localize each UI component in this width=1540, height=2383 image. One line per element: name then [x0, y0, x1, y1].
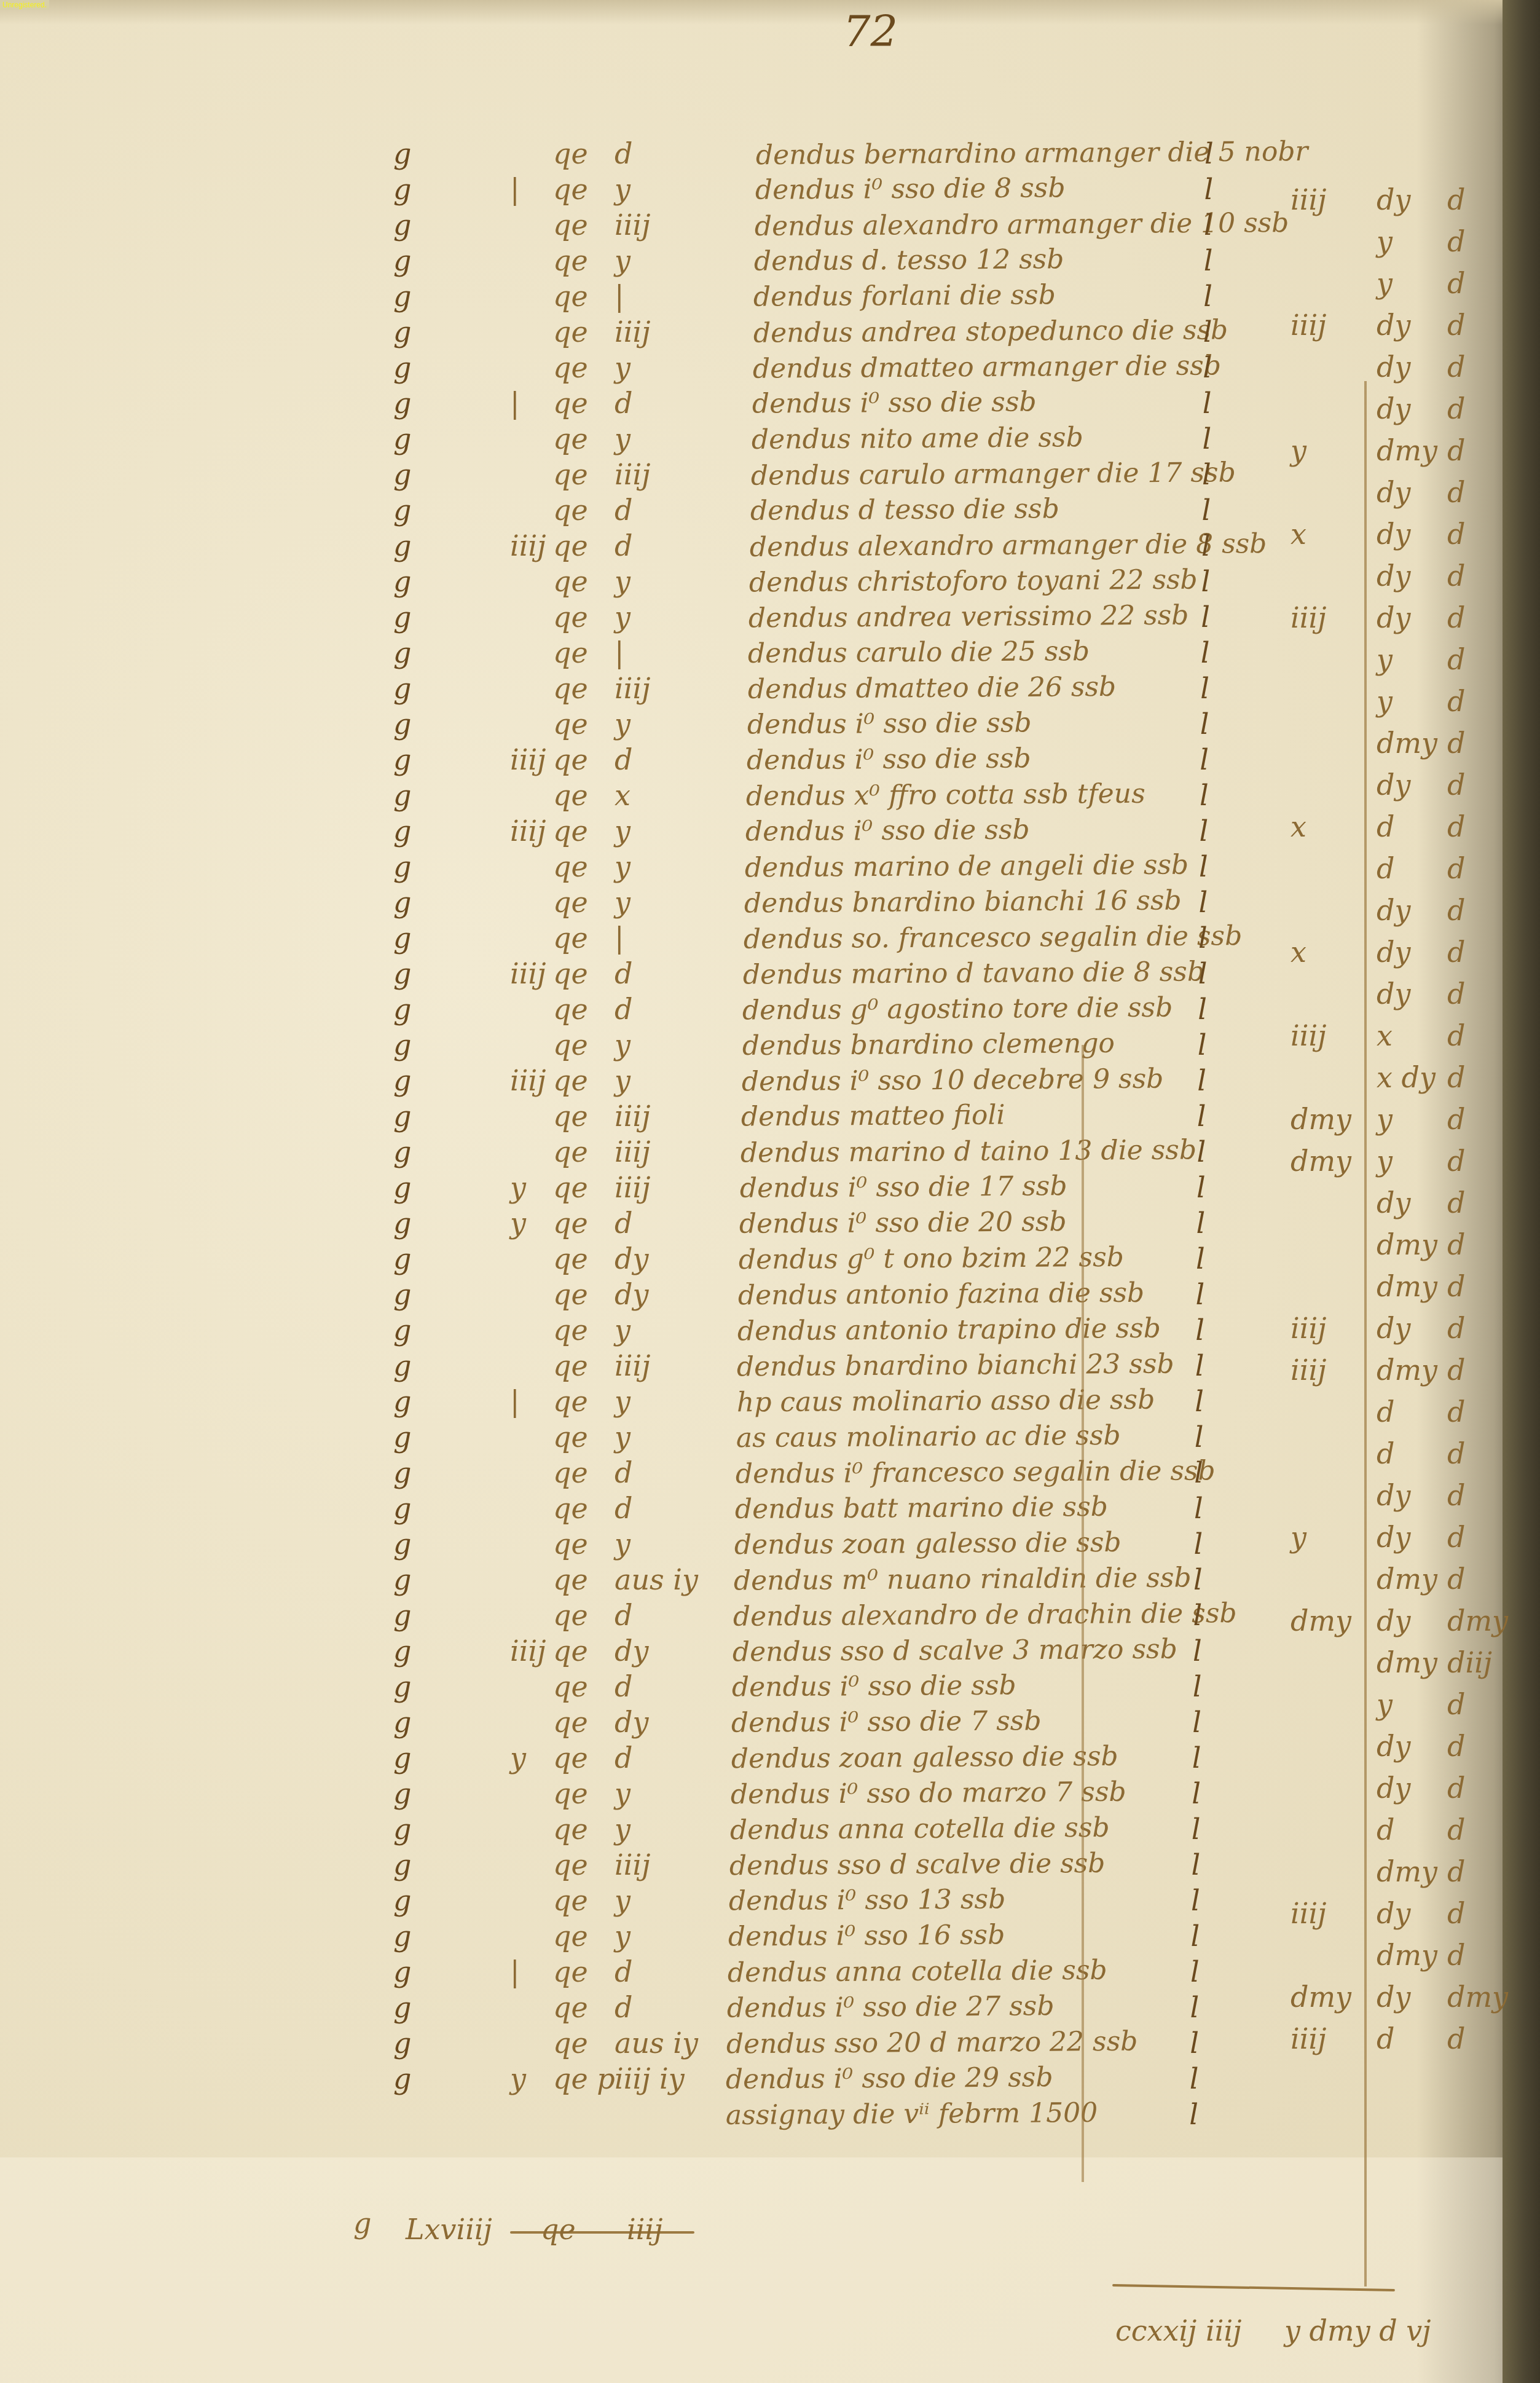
- right-col-y: d: [1377, 853, 1394, 884]
- right-col-z: d: [1447, 644, 1465, 675]
- left-mark: g: [393, 744, 411, 775]
- col-c-value: y: [615, 816, 631, 846]
- right-col-y: y: [1377, 1689, 1393, 1720]
- left-mark: g: [393, 388, 411, 419]
- entry-text: as caus molinario ac die ssb: [736, 1420, 1120, 1454]
- col-c-value: y: [615, 1778, 631, 1809]
- col-a-value: iiij: [510, 1636, 546, 1666]
- right-col-z: d: [1447, 1188, 1465, 1218]
- right-mark: l: [1204, 245, 1213, 276]
- entry-text: dendus i⁰ sso 16 ssb: [728, 1920, 1005, 1952]
- col-c-value: y: [615, 352, 631, 383]
- col-b-value: qe: [553, 1350, 588, 1381]
- right-col-z: d: [1447, 1062, 1465, 1093]
- right-mark: l: [1192, 1707, 1201, 1738]
- col-c-value: iiij: [615, 1136, 650, 1167]
- col-b-value: qe: [553, 887, 588, 918]
- right-mark: l: [1198, 994, 1207, 1025]
- left-total-mark: g: [353, 2207, 371, 2240]
- entry-text: dendus sso d scalve die ssb: [729, 1848, 1106, 1881]
- entry-text: dendus nito ame die ssb: [752, 422, 1083, 455]
- right-col-x: dmy: [1291, 1104, 1351, 1135]
- right-mark: l: [1200, 673, 1209, 704]
- entry-text: dendus d. tesso 12 ssb: [754, 244, 1064, 277]
- col-c-value: d: [615, 994, 632, 1025]
- entry-text: dendus i⁰ sso 10 decebre 9 ssb: [741, 1064, 1163, 1098]
- entry-text: dendus i⁰ sso die ssb: [747, 707, 1031, 740]
- right-mark: l: [1190, 2028, 1199, 2058]
- entry-text: dendus sso d scalve 3 marzo ssb: [733, 1634, 1177, 1668]
- right-mark: l: [1195, 1422, 1204, 1452]
- col-c-value: y: [615, 245, 631, 276]
- col-b-value: qe: [553, 1172, 588, 1203]
- right-mark: l: [1199, 851, 1208, 882]
- entry-text: hp caus molinario asso die ssb: [736, 1385, 1155, 1419]
- right-col-z: d: [1447, 1229, 1465, 1260]
- right-col-z: d: [1447, 728, 1465, 758]
- left-mark: g: [393, 566, 411, 597]
- right-mark: l: [1200, 709, 1209, 739]
- right-col-z: d: [1447, 1898, 1465, 1929]
- right-col-y: dmy: [1377, 728, 1437, 758]
- left-mark: g: [393, 210, 411, 240]
- col-c-value: x: [615, 780, 631, 811]
- right-col-y: d: [1377, 1396, 1394, 1427]
- entry-text: dendus bnardino bianchi 16 ssb: [744, 886, 1182, 920]
- right-col-z: d: [1447, 853, 1465, 884]
- col-b-value: qe: [553, 780, 588, 811]
- left-mark: g: [393, 1743, 411, 1773]
- col-b-value: qe: [553, 245, 588, 276]
- col-c-value: dy: [615, 1707, 648, 1738]
- right-col-x: dmy: [1291, 1982, 1351, 2012]
- left-mark: g: [393, 1422, 411, 1452]
- right-mark: l: [1199, 816, 1208, 846]
- right-col-y: dy: [1377, 519, 1410, 549]
- right-col-z: d: [1447, 1020, 1465, 1051]
- col-b-value: qe: [553, 1849, 588, 1880]
- left-mark: g: [393, 1885, 411, 1916]
- left-mark: g: [393, 1992, 411, 2023]
- left-mark: g: [393, 317, 411, 347]
- col-c-value: y: [615, 851, 631, 882]
- col-b-value: qe: [553, 1065, 588, 1096]
- right-mark: l: [1193, 1564, 1203, 1595]
- right-col-z: d: [1447, 1856, 1465, 1887]
- col-b-value: qe: [553, 1992, 588, 2023]
- right-mark: l: [1193, 1600, 1203, 1631]
- col-b-value: qe: [553, 210, 588, 240]
- right-col-z: d: [1447, 602, 1465, 633]
- col-b-value: qe: [553, 495, 588, 526]
- book-spine: [1503, 0, 1540, 2383]
- right-col-z: d: [1447, 1731, 1465, 1762]
- right-mark: l: [1200, 780, 1209, 811]
- right-col-y: d: [1377, 2023, 1394, 2054]
- col-b-value: qe: [553, 1529, 588, 1559]
- entry-text: dendus i⁰ sso die 27 ssb: [727, 1991, 1055, 2024]
- col-b-value: qe: [553, 423, 588, 454]
- right-col-x: x: [1291, 937, 1306, 967]
- right-col-y: y: [1377, 1146, 1393, 1176]
- left-mark: g: [393, 780, 411, 811]
- right-col-y: dmy: [1377, 1355, 1437, 1385]
- col-a-value: y: [510, 2063, 526, 2094]
- right-col-x: dmy: [1291, 1146, 1351, 1176]
- col-c-value: |: [615, 281, 624, 312]
- col-c-value: iiij: [615, 317, 650, 347]
- col-c-value: d: [615, 1671, 632, 1702]
- col-b-value: qe: [553, 1030, 588, 1060]
- entry-text: dendus g⁰ agostino tore die ssb: [742, 993, 1173, 1026]
- col-c-value: y: [615, 174, 631, 205]
- right-mark: l: [1202, 459, 1211, 490]
- right-mark: l: [1202, 423, 1211, 454]
- col-a-value: y: [510, 1743, 526, 1773]
- entry-text: dendus i⁰ sso die 17 ssb: [740, 1171, 1067, 1204]
- right-mark: l: [1198, 1030, 1207, 1060]
- entry-text: dendus so. francesco segalin die ssb: [744, 921, 1243, 955]
- right-col-z: d: [1447, 435, 1465, 466]
- col-b-value: qe: [553, 1671, 588, 1702]
- right-mark: l: [1191, 1849, 1200, 1880]
- col-c-value: y: [615, 1921, 631, 1952]
- right-mark: l: [1204, 174, 1214, 205]
- col-c-value: dy: [615, 1279, 648, 1310]
- left-mark: g: [393, 1243, 411, 1274]
- right-col-y: dy: [1377, 1773, 1410, 1803]
- col-c-value: iiij iy: [615, 2063, 685, 2094]
- entry-text: dendus bnardino clemengo: [742, 1028, 1114, 1062]
- column-divider-middle: [1364, 381, 1367, 2286]
- col-b-value: qe: [553, 1422, 588, 1452]
- right-col-x: x: [1291, 519, 1306, 549]
- right-col-z: d: [1447, 268, 1465, 299]
- col-a-value: |: [510, 174, 520, 205]
- right-col-y: x dy: [1377, 1062, 1436, 1093]
- col-c-value: d: [615, 530, 632, 561]
- left-total: Lxviiij: [406, 2213, 492, 2246]
- right-col-y: dy: [1377, 770, 1410, 800]
- right-mark: l: [1190, 2063, 1199, 2094]
- right-col-y: dy: [1377, 1480, 1410, 1511]
- col-b-value: qe: [553, 851, 588, 882]
- right-col-x: y: [1291, 435, 1306, 466]
- col-c-value: d: [615, 958, 632, 989]
- right-col-z: d: [1447, 1689, 1465, 1720]
- left-mark: g: [393, 602, 411, 632]
- left-mark: g: [393, 495, 411, 526]
- col-b-value: qe: [553, 388, 588, 419]
- right-mark: l: [1203, 281, 1212, 312]
- left-mark: g: [393, 1529, 411, 1559]
- col-b-value: qe: [553, 1885, 588, 1916]
- col-b-value: qe: [553, 1493, 588, 1524]
- right-mark: l: [1196, 1172, 1206, 1203]
- right-col-z: d: [1447, 1522, 1465, 1553]
- right-mark: l: [1190, 1992, 1200, 2023]
- right-col-y: dmy: [1377, 435, 1437, 466]
- right-col-z: d: [1447, 519, 1465, 549]
- right-mark: l: [1203, 388, 1212, 419]
- right-col-y: y: [1377, 644, 1393, 675]
- left-mark: g: [393, 138, 411, 169]
- entry-text: dendus andrea stopedunco die ssb: [753, 315, 1227, 349]
- left-mark: g: [393, 1350, 411, 1381]
- col-c-value: y: [615, 1422, 631, 1452]
- right-col-y: y: [1377, 268, 1393, 299]
- entry-text: dendus i⁰ sso die ssb: [752, 387, 1037, 419]
- right-col-z: d: [1447, 1564, 1465, 1594]
- left-mark: g: [393, 2028, 411, 2058]
- right-mark: l: [1190, 1956, 1200, 1987]
- entry-text: dendus d tesso die ssb: [750, 494, 1059, 527]
- col-c-total: iiij: [627, 2213, 662, 2246]
- right-col-y: dy: [1377, 561, 1410, 591]
- col-c-value: iiij: [615, 1101, 650, 1132]
- col-c-value: aus iy: [615, 2028, 698, 2058]
- right-col-z: d: [1447, 1313, 1465, 1344]
- right-col-x: y: [1291, 1522, 1306, 1553]
- col-b-value: qe: [553, 317, 588, 347]
- entry-text: dendus i⁰ sso die 7 ssb: [731, 1706, 1042, 1739]
- entry-text: dendus carulo armanger die 17 ssb: [751, 457, 1236, 492]
- entry-text: dendus i⁰ sso die 20 ssb: [739, 1207, 1067, 1240]
- right-col-y: dy: [1377, 1188, 1410, 1218]
- right-col-z: d: [1447, 979, 1465, 1009]
- right-col-y: dy: [1377, 1731, 1410, 1762]
- col-a-value: iiij: [510, 744, 546, 775]
- col-c-value: iiij: [615, 1849, 650, 1880]
- right-mark: l: [1201, 530, 1211, 561]
- col-b-value: qe: [553, 1956, 588, 1987]
- right-col-y: dmy: [1377, 1564, 1437, 1594]
- col-c-value: y: [615, 1315, 631, 1345]
- right-col-x: iiij: [1291, 1898, 1326, 1929]
- right-col-y: x: [1377, 1020, 1393, 1051]
- right-col-x: iiij: [1291, 1355, 1326, 1385]
- right-mark: l: [1204, 210, 1213, 240]
- right-col-z: d: [1447, 352, 1465, 382]
- right-mark: l: [1196, 1279, 1205, 1310]
- right-mark: l: [1193, 1636, 1202, 1666]
- left-mark: g: [393, 1279, 411, 1310]
- right-mark: l: [1204, 138, 1214, 169]
- right-col-y: dy: [1377, 979, 1410, 1009]
- right-col-z: d: [1447, 226, 1465, 257]
- col-c-value: dy: [615, 1636, 648, 1666]
- right-total-suffix: y dmy d vj: [1284, 2314, 1431, 2347]
- col-b-value: qe: [553, 923, 588, 953]
- right-mark: l: [1195, 1386, 1204, 1417]
- right-mark: l: [1189, 2099, 1198, 2130]
- col-c-value: y: [615, 423, 631, 454]
- col-c-value: y: [615, 602, 631, 632]
- left-mark: g: [393, 245, 411, 276]
- col-c-value: d: [615, 1600, 632, 1631]
- right-col-z: d: [1447, 1438, 1465, 1469]
- left-mark: g: [393, 673, 411, 704]
- col-c-value: iiij: [615, 673, 650, 704]
- right-col-z: d: [1447, 477, 1465, 508]
- right-mark: l: [1203, 352, 1212, 383]
- col-c-value: y: [615, 566, 631, 597]
- col-b-value: qe: [553, 459, 588, 490]
- entry-text: dendus i⁰ sso die ssb: [745, 814, 1030, 847]
- col-a-value: iiij: [510, 530, 546, 561]
- left-mark: g: [393, 1849, 411, 1880]
- col-c-value: aus iy: [615, 1564, 698, 1595]
- col-b-value: qe: [553, 1386, 588, 1417]
- right-col-y: y: [1377, 1104, 1393, 1135]
- col-b-value: qe: [553, 637, 588, 668]
- col-b-value: qe: [553, 2028, 588, 2058]
- left-mark: g: [393, 459, 411, 490]
- entry-text: dendus carulo die 25 ssb: [748, 636, 1090, 669]
- right-mark: l: [1200, 744, 1209, 775]
- right-mark: l: [1191, 1921, 1200, 1952]
- right-col-z: d: [1447, 1355, 1465, 1385]
- col-b-value: qe: [553, 1243, 588, 1274]
- right-col-z: d: [1447, 1396, 1465, 1427]
- entry-text: dendus alexandro de drachin die ssb: [733, 1598, 1237, 1633]
- right-col-y: y: [1377, 226, 1393, 257]
- right-mark: l: [1191, 1885, 1200, 1916]
- col-c-value: d: [615, 1208, 632, 1239]
- left-mark: g: [393, 1315, 411, 1345]
- folio-number: 72: [843, 6, 880, 61]
- right-mark: l: [1197, 1101, 1206, 1132]
- left-mark: g: [393, 851, 411, 882]
- right-mark: l: [1194, 1457, 1203, 1488]
- right-total: ccxxij iiij: [1115, 2314, 1241, 2347]
- right-col-z: d: [1447, 1104, 1465, 1135]
- entry-text: dendus andrea verissimo 22 ssb: [748, 601, 1189, 634]
- left-mark: g: [393, 1457, 411, 1488]
- entry-text: dendus i⁰ sso die ssb: [732, 1670, 1016, 1703]
- entry-text: dendus g⁰ t ono bzim 22 ssb: [739, 1242, 1124, 1275]
- right-col-y: dmy: [1377, 1940, 1437, 1971]
- right-col-y: dy: [1377, 602, 1410, 633]
- right-col-z: d: [1447, 1773, 1465, 1803]
- right-mark: l: [1194, 1493, 1203, 1524]
- left-mark: g: [393, 1636, 411, 1666]
- left-mark: g: [393, 1172, 411, 1203]
- col-c-value: d: [615, 1743, 632, 1773]
- entry-text: dendus x⁰ ffro cotta ssb tfeus: [746, 779, 1145, 813]
- right-col-y: dy: [1377, 937, 1410, 967]
- col-b-value: qe: [553, 1457, 588, 1488]
- right-col-x: x: [1291, 811, 1306, 842]
- right-col-y: dy: [1377, 184, 1410, 215]
- col-c-value: iiij: [615, 1350, 650, 1381]
- left-mark: g: [393, 1564, 411, 1595]
- right-col-x: iiij: [1291, 184, 1326, 215]
- right-col-x: dmy: [1291, 1605, 1351, 1636]
- right-col-z: d: [1447, 1480, 1465, 1511]
- col-a-value: |: [510, 388, 520, 419]
- col-b-value: qe: [553, 1136, 588, 1167]
- manuscript-page: Unregistered. 72 gqeddendus bernardino a…: [0, 0, 1540, 2383]
- left-mark: g: [393, 887, 411, 918]
- right-col-z: diij: [1447, 1647, 1492, 1678]
- left-mark: g: [393, 2063, 411, 2094]
- right-mark: l: [1193, 1671, 1202, 1702]
- col-c-value: d: [615, 1956, 632, 1987]
- entry-text: dendus marino d taino 13 die ssb: [741, 1135, 1196, 1168]
- entry-text: dendus sso 20 d marzo 22 ssb: [726, 2027, 1138, 2060]
- right-col-y: d: [1377, 811, 1394, 842]
- left-mark: g: [393, 1671, 411, 1702]
- left-mark: g: [393, 923, 411, 953]
- right-mark: l: [1201, 566, 1211, 597]
- col-a-value: y: [510, 1172, 526, 1203]
- entry-text: dendus matteo fioli: [741, 1100, 1005, 1133]
- col-c-value: y: [615, 1065, 631, 1096]
- col-c-value: |: [615, 637, 624, 668]
- entry-text: dendus alexandro armanger die 8 ssb: [750, 529, 1267, 563]
- left-mark: g: [393, 1778, 411, 1809]
- right-col-z: dmy: [1447, 1982, 1508, 2012]
- col-c-value: y: [615, 1529, 631, 1559]
- right-col-y: dy: [1377, 1605, 1410, 1636]
- right-col-y: dy: [1377, 1982, 1410, 2012]
- right-col-y: dy: [1377, 393, 1410, 424]
- left-mark: g: [393, 1136, 411, 1167]
- col-c-value: iiij: [615, 459, 650, 490]
- col-b-value: qe: [553, 1600, 588, 1631]
- col-b-value: qe: [553, 816, 588, 846]
- col-b-value: qe: [553, 174, 588, 205]
- right-col-z: d: [1447, 561, 1465, 591]
- col-c-value: d: [615, 1493, 632, 1524]
- scan-lower-band: [0, 2157, 1540, 2383]
- col-a-value: |: [510, 1386, 520, 1417]
- total-rule-left: [510, 2231, 694, 2234]
- col-b-total: qe: [541, 2213, 576, 2246]
- left-mark: g: [393, 530, 411, 561]
- col-b-value: qe: [553, 994, 588, 1025]
- col-b-value: qe: [553, 602, 588, 632]
- col-b-value: qe: [553, 566, 588, 597]
- col-b-value: qe: [553, 138, 588, 169]
- right-mark: l: [1192, 1778, 1201, 1809]
- right-col-y: dy: [1377, 1898, 1410, 1929]
- right-col-z: d: [1447, 310, 1465, 341]
- col-a-value: iiij: [510, 816, 546, 846]
- right-mark: l: [1196, 1208, 1206, 1239]
- col-c-value: iiij: [615, 1172, 650, 1203]
- left-mark: g: [393, 1030, 411, 1060]
- right-mark: l: [1196, 1243, 1205, 1274]
- entry-text: dendus anna cotella die ssb: [730, 1813, 1110, 1846]
- right-col-z: d: [1447, 2023, 1465, 2054]
- left-mark: g: [393, 423, 411, 454]
- right-col-z: d: [1447, 895, 1465, 926]
- entry-text: dendus i⁰ sso die 8 ssb: [755, 173, 1066, 206]
- right-col-z: d: [1447, 1814, 1465, 1845]
- entry-text: dendus i⁰ francesco segalin die ssb: [736, 1455, 1216, 1489]
- col-c-value: d: [615, 388, 632, 419]
- right-mark: l: [1192, 1814, 1201, 1845]
- right-col-z: d: [1447, 686, 1465, 717]
- right-mark: l: [1202, 495, 1211, 526]
- left-mark: g: [393, 1101, 411, 1132]
- entry-text: dendus i⁰ sso do marzo 7 ssb: [730, 1777, 1126, 1810]
- right-col-x: iiij: [1291, 602, 1326, 633]
- right-mark: l: [1195, 1350, 1204, 1381]
- right-mark: l: [1192, 1743, 1201, 1773]
